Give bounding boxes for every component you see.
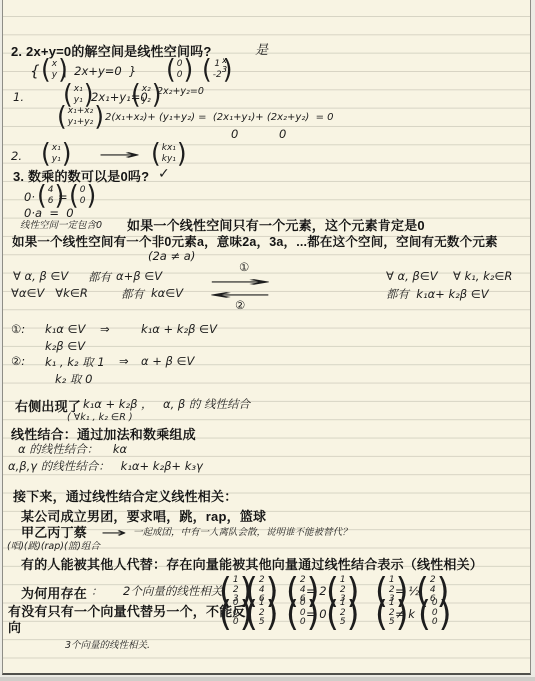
vector-entries: 000	[232, 599, 240, 628]
handwritten-text: ∀ α, β∈V	[386, 269, 438, 283]
handwritten-text: α, β 的 线性结合	[163, 396, 250, 412]
paren-left: (	[151, 140, 161, 166]
vector-entry: 0	[80, 196, 86, 207]
vector-entry: x₁	[74, 84, 83, 95]
handwritten-text: 0·	[24, 190, 35, 204]
paren-left: (	[41, 56, 51, 82]
vector-entry: y₁	[52, 154, 61, 165]
handwritten-text: {	[30, 62, 40, 80]
handwritten-text: 0	[231, 127, 238, 141]
typed-text: 有没有只有一个向量代替另一个，不能反	[8, 601, 246, 620]
handwritten-text: ≠ k	[395, 607, 415, 621]
vector-entry: x₂	[142, 84, 151, 95]
handwritten-text: 线性空间一定包含0	[20, 217, 102, 231]
vector-entry: y	[52, 70, 57, 81]
handwritten-text: 都有 k₁α+ k₂β ∈V	[386, 286, 489, 302]
typed-text: 向	[8, 617, 21, 636]
page-bottom-edge	[0, 677, 535, 681]
handwritten-text: ( ∀k₁ , k₂ ∈R )	[67, 412, 133, 423]
vector-entries: 000	[431, 599, 439, 628]
handwritten-text: (唱)(跳)(rap)(篮)组合	[7, 538, 100, 552]
paren-left: (	[326, 596, 339, 631]
vector: (125)	[326, 597, 359, 630]
handwritten-text: 2.	[11, 149, 22, 163]
vector-entry: 5	[340, 618, 346, 628]
vector: (x₁y₁)	[41, 141, 71, 166]
handwritten-text: 2(x₁+x₂)+ (y₁+y₂) = (2x₁+y₁)+ (2x₂+y₂) =…	[105, 112, 334, 123]
vector-entries: kx₁ky₁	[161, 143, 177, 164]
handwritten-text: kα∈V	[151, 286, 183, 300]
vector: (00)	[69, 183, 96, 208]
vector-entry: 1	[214, 59, 220, 70]
handwritten-text: | 2x+y=0 }	[63, 64, 136, 78]
paren-left: (	[219, 596, 232, 631]
handwritten-text: ∀ α, β ∈V	[13, 269, 68, 283]
vector-entry: -2	[213, 70, 222, 81]
vector-entry: 4	[48, 185, 54, 196]
vector-entry: 0	[300, 618, 306, 628]
handwritten-text: ①	[239, 260, 249, 274]
handwritten-text: ⇒	[100, 322, 110, 336]
handwritten-text: ②	[235, 298, 245, 312]
handwritten-text: 都有	[121, 286, 144, 302]
handwritten-text: =	[58, 190, 68, 204]
vector-entry: x₁	[52, 143, 61, 154]
typed-text: 接下来，通过线性结合定义线性相关：	[13, 486, 237, 505]
vector-entry: y₁+y₂	[68, 117, 93, 128]
handwritten-text: k₁α ∈V	[45, 322, 85, 336]
paren-left: (	[375, 596, 388, 631]
handwritten-text: ②:	[11, 354, 25, 368]
paren-right: )	[87, 182, 97, 208]
handwritten-text: k₁α + k₂β ，	[83, 396, 153, 412]
paren-left: (	[245, 596, 258, 631]
paren-right: )	[184, 56, 194, 82]
handwritten-text: 是	[255, 39, 268, 58]
stack-bottom: 3	[222, 66, 227, 75]
paren-left: (	[418, 596, 431, 631]
handwritten-text: 2x₂+y₂=0	[157, 86, 204, 97]
vector-entry: y₂	[142, 95, 151, 106]
vector-entries: 00	[176, 59, 184, 80]
vector-entries: x₁y₁	[73, 84, 84, 105]
paren-right: )	[439, 596, 452, 631]
paren-right: )	[347, 596, 360, 631]
vector-entries: x₁+x₂y₁+y₂	[67, 106, 94, 127]
handwritten-text: k₂ 取 0	[55, 371, 92, 387]
handwritten-text: 3个向量的线性相关.	[65, 637, 150, 651]
handwritten-text: ⇒	[119, 354, 129, 368]
vector-entries: 00	[79, 185, 87, 206]
vector-entries: xy	[51, 59, 58, 80]
handwritten-text: k₁ , k₂ 取 1	[45, 354, 105, 370]
vector-entry: kx₁	[162, 143, 176, 154]
vector: (000)	[418, 597, 451, 630]
arrow-stroke: →	[98, 148, 142, 163]
handwritten-text: k₁α + k₂β ∈V	[141, 322, 217, 336]
handwritten-text: ✓	[158, 166, 170, 182]
paren-right: )	[177, 140, 187, 166]
handwritten-text: α+β ∈V	[116, 269, 162, 283]
vector-entry: 0	[177, 59, 183, 70]
handwritten-text: α,β,γ 的线性结合： k₁α+ k₂β+ k₃γ	[8, 458, 203, 474]
vector-entry: 6	[48, 196, 54, 207]
handwritten-text: (2a ≠ a)	[148, 249, 195, 263]
paren-left: (	[69, 182, 79, 208]
note-paper: 2. 2x+y=0的解空间是线性空间吗?是{(xy)| 2x+y=0 }(00)…	[2, 0, 531, 675]
handwritten-text: ：	[271, 607, 283, 623]
stack-annotation: x3	[222, 57, 227, 74]
handwritten-text: α 的线性结合： kα	[18, 441, 127, 457]
paren-right: )	[94, 103, 104, 129]
handwritten-text: ：	[91, 583, 103, 599]
vector: (00)	[166, 57, 193, 82]
vector-entry: 0	[432, 618, 438, 628]
arrow-stroke: →	[101, 526, 127, 541]
note-app-viewport: 2. 2x+y=0的解空间是线性空间吗?是{(xy)| 2x+y=0 }(00)…	[0, 0, 535, 681]
paren-left: (	[37, 182, 47, 208]
vector: (x₁+x₂y₁+y₂)	[57, 104, 104, 129]
vector-entries: 125	[258, 599, 266, 628]
vector-entries: x₁y₁	[51, 143, 62, 164]
note-content: 2. 2x+y=0的解空间是线性空间吗?是{(xy)| 2x+y=0 }(00)…	[3, 0, 530, 673]
vector-entries: x₂y₂	[141, 84, 152, 105]
vector-entry: 0	[233, 618, 239, 628]
vector-entry: 5	[389, 618, 395, 628]
handwritten-text: 都有	[88, 269, 111, 285]
typed-text: 为何用存在	[21, 583, 87, 602]
handwritten-text: 2个向量的线性相关	[123, 583, 222, 599]
vector-entries: 46	[47, 185, 55, 206]
vector: (kx₁ky₁)	[151, 141, 187, 166]
paren-left: (	[166, 56, 176, 82]
handwritten-text: ①:	[11, 322, 25, 336]
handwritten-text: ∀α∈V ∀k∈R	[11, 286, 88, 300]
vector-entry: 5	[259, 618, 265, 628]
vector: (1-2)	[202, 57, 233, 82]
vector-entry: x	[52, 59, 57, 70]
handwritten-text: 1.	[13, 90, 24, 104]
handwritten-text: 一起成团，中有一人离队会散，说明谁不能被替代？	[133, 524, 352, 538]
vector-entry: x₁+x₂	[68, 106, 93, 117]
handwritten-text: ∀ k₁, k₂∈R	[453, 269, 512, 283]
paren-left: (	[41, 140, 51, 166]
handwritten-text: k₂β ∈V	[45, 339, 85, 353]
paren-left: (	[57, 103, 67, 129]
vector-entry: ky₁	[162, 154, 176, 165]
paren-right: )	[62, 140, 72, 166]
vector-entries: 125	[339, 599, 347, 628]
vector-entry: 0	[80, 185, 86, 196]
handwritten-text: α + β ∈V	[141, 354, 194, 368]
paren-left: (	[202, 56, 212, 82]
handwritten-text: 0	[279, 127, 286, 141]
paren-left: (	[286, 596, 299, 631]
vector-entry: 0	[177, 70, 183, 81]
typed-text: 如果一个线性空间有一个非0元素a，意味2a，3a，...都在这个空间，空间有无数…	[12, 232, 498, 250]
paren-left: (	[131, 81, 141, 107]
handwritten-text: = 0	[306, 607, 327, 621]
